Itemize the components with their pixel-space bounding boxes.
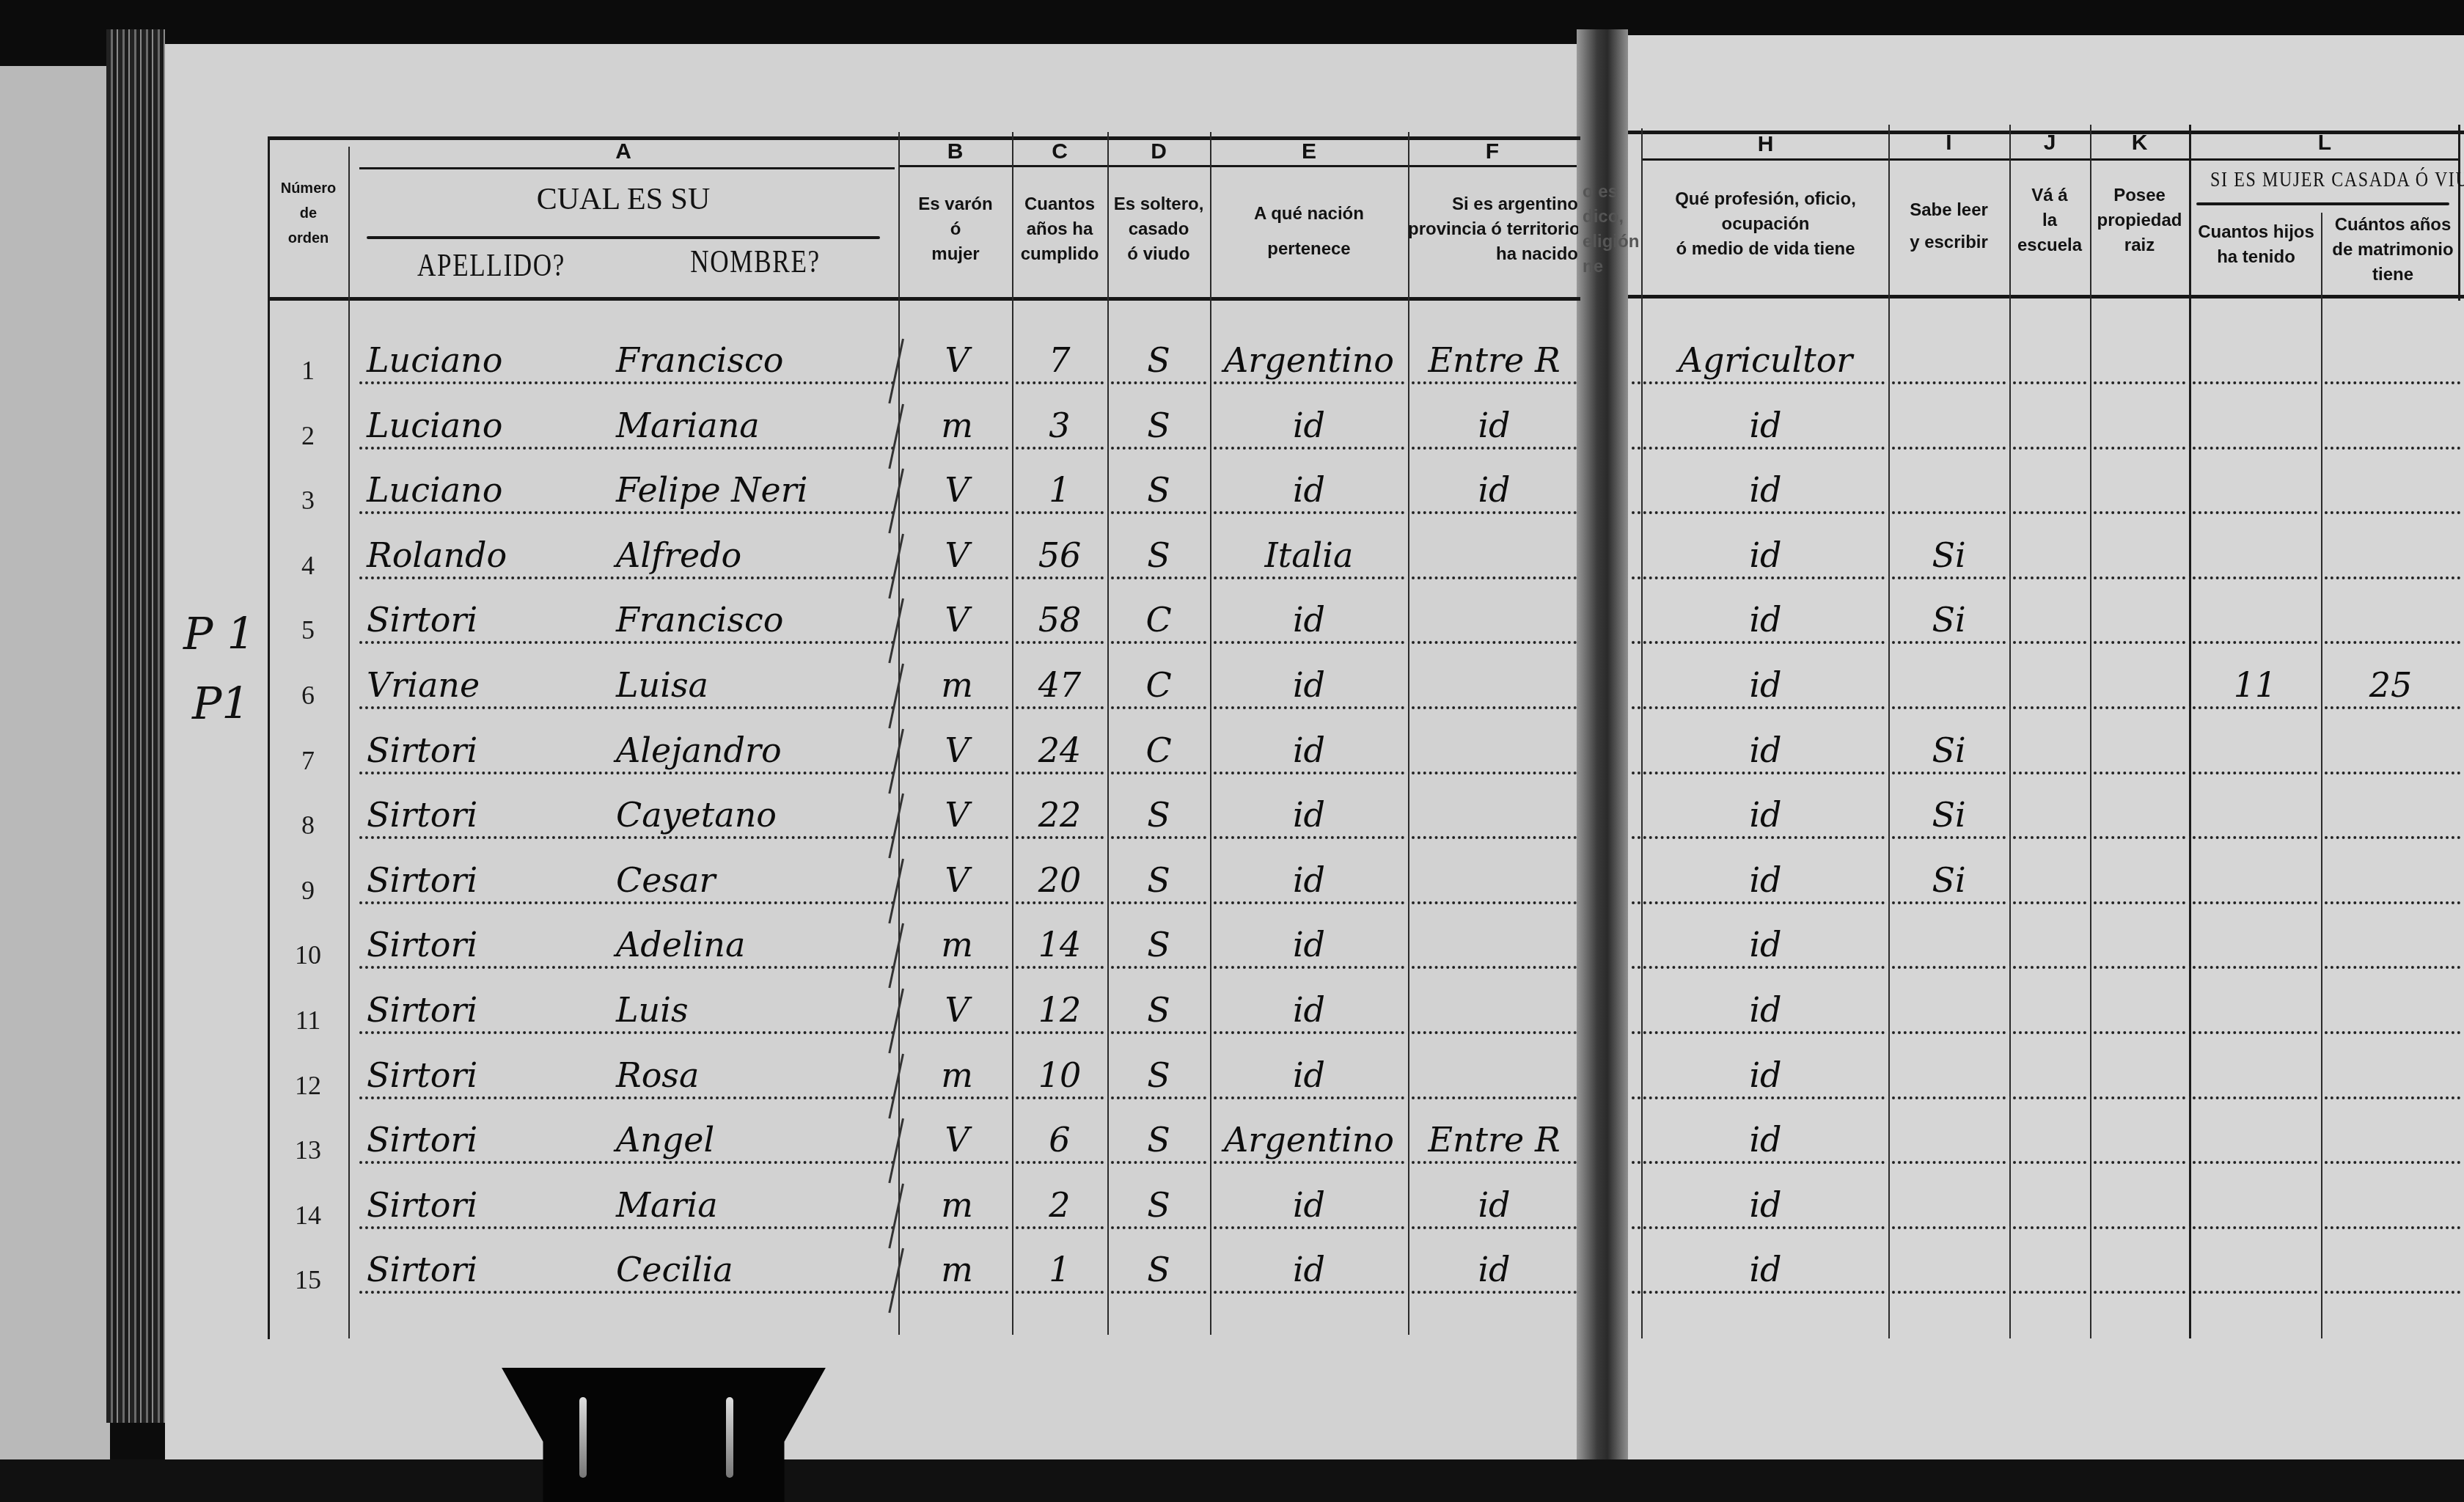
cell-apellido: Sirtori <box>367 795 609 835</box>
dotted-line <box>902 1291 1008 1294</box>
dotted-line <box>1412 447 1577 450</box>
dotted-line <box>2094 1226 2185 1229</box>
dotted-line <box>2193 836 2317 839</box>
cell-nacion: id <box>1214 600 1404 640</box>
cell-edad: 24 <box>1016 730 1104 770</box>
cell-estado: S <box>1111 406 1206 445</box>
dotted-line <box>359 966 895 969</box>
dotted-line <box>1892 966 2006 969</box>
dotted-line <box>2094 1161 2185 1164</box>
dotted-line <box>359 511 895 514</box>
cell-profesion: id <box>1646 1185 1885 1225</box>
header-line: Qué profesión, oficio, <box>1643 187 1888 212</box>
dotted-line <box>1632 966 1885 969</box>
dotted-line <box>1632 706 1885 709</box>
cell-nacion: id <box>1214 1185 1404 1225</box>
dotted-line <box>1016 772 1104 774</box>
dotted-line <box>902 511 1008 514</box>
cell-apellido: Sirtori <box>367 1185 609 1225</box>
dotted-line <box>902 1096 1008 1099</box>
header-line: dico, <box>1583 205 1640 230</box>
dotted-line <box>2193 901 2317 904</box>
dotted-line <box>2094 576 2185 579</box>
dotted-line <box>2193 1291 2317 1294</box>
row-number: 11 <box>268 1005 348 1036</box>
dotted-line <box>2013 706 2086 709</box>
dotted-line <box>1214 1161 1404 1164</box>
row-number: 7 <box>268 745 348 776</box>
dotted-line <box>1016 1031 1104 1034</box>
dotted-line <box>2013 511 2086 514</box>
row-number: 15 <box>268 1264 348 1295</box>
header-line: la <box>2009 208 2090 233</box>
dotted-line <box>2094 901 2185 904</box>
dotted-line <box>1632 1161 1885 1164</box>
dotted-line <box>902 836 1008 839</box>
ornament-rule <box>2196 202 2449 205</box>
cell-nacion: Argentino <box>1214 340 1404 380</box>
header-letter-d: D <box>1107 139 1210 164</box>
cell-nacion: id <box>1214 990 1404 1030</box>
cell-estado: S <box>1111 795 1206 835</box>
cell-sexo: m <box>906 1185 1008 1225</box>
dotted-line <box>1111 381 1206 384</box>
dotted-line <box>1632 772 1885 774</box>
dotted-line <box>2013 966 2086 969</box>
dotted-line <box>2325 1291 2460 1294</box>
dotted-line <box>1412 1096 1577 1099</box>
dotted-line <box>2013 447 2086 450</box>
cell-lee: Si <box>1892 600 2006 640</box>
cell-nacion: Argentino <box>1214 1120 1404 1160</box>
dotted-line <box>1892 576 2006 579</box>
cell-nacion: id <box>1214 665 1404 705</box>
dotted-line <box>1412 1031 1577 1034</box>
header-line: Posee <box>2090 183 2189 208</box>
header-nacion: A qué nación pertenece <box>1210 197 1408 267</box>
cell-apellido: Luciano <box>367 340 609 380</box>
cell-estado: S <box>1111 1185 1206 1225</box>
header-line: mujer <box>901 242 1011 267</box>
dotted-line <box>1892 641 2006 644</box>
dotted-line <box>1016 1096 1104 1099</box>
cell-sexo: V <box>906 1120 1008 1160</box>
dotted-line <box>1016 1161 1104 1164</box>
header-letter-j: J <box>2009 131 2090 155</box>
clamp-highlight <box>726 1397 733 1478</box>
cell-estado: S <box>1111 470 1206 510</box>
dotted-line <box>1214 447 1404 450</box>
cell-apellido: Sirtori <box>367 925 609 964</box>
dotted-line <box>359 641 895 644</box>
cell-edad: 6 <box>1016 1120 1104 1160</box>
dotted-line <box>1214 706 1404 709</box>
dotted-line <box>1111 772 1206 774</box>
dotted-line <box>1111 1291 1206 1294</box>
cell-sexo: m <box>906 665 1008 705</box>
dotted-line <box>2325 772 2460 774</box>
header-line: eligión <box>1583 230 1640 254</box>
cell-sexo: m <box>906 1055 1008 1095</box>
dotted-line <box>2013 1161 2086 1164</box>
cell-nacion: id <box>1214 730 1404 770</box>
row-number: 14 <box>268 1200 348 1231</box>
cell-sexo: V <box>906 340 1008 380</box>
cell-estado: S <box>1111 860 1206 900</box>
cell-apellido: Sirtori <box>367 860 609 900</box>
dotted-line <box>359 1096 895 1099</box>
row-number: 4 <box>268 550 348 581</box>
dotted-line <box>1016 1226 1104 1229</box>
dotted-line <box>1412 706 1577 709</box>
dotted-line <box>1214 1031 1404 1034</box>
cell-nombre: Maria <box>616 1185 887 1225</box>
dotted-line <box>1111 966 1206 969</box>
cell-nombre: Cesar <box>616 860 887 900</box>
page-edges <box>106 29 165 1423</box>
dotted-line <box>1892 706 2006 709</box>
cell-nombre: Felipe Neri <box>616 470 887 510</box>
header-line: o es <box>1583 180 1640 205</box>
header-letter-i: I <box>1888 131 2009 155</box>
dotted-line <box>1016 901 1104 904</box>
dotted-line <box>1412 901 1577 904</box>
dotted-line <box>2325 901 2460 904</box>
dotted-line <box>2013 772 2086 774</box>
dotted-line <box>1214 576 1404 579</box>
dotted-line <box>902 966 1008 969</box>
dotted-line <box>1016 381 1104 384</box>
dotted-line <box>1111 447 1206 450</box>
dotted-line <box>1412 966 1577 969</box>
dotted-line <box>1892 901 2006 904</box>
header-line: Es varón <box>901 192 1011 217</box>
cell-sexo: m <box>906 925 1008 964</box>
header-letter-f: F <box>1408 139 1577 164</box>
cell-edad: 1 <box>1016 1250 1104 1289</box>
dotted-line <box>1892 1096 2006 1099</box>
clamp-highlight <box>579 1397 587 1478</box>
header-line: ha tenido <box>2191 245 2321 270</box>
dotted-line <box>1632 447 1885 450</box>
cell-apellido: Sirtori <box>367 1250 609 1289</box>
cell-edad: 56 <box>1016 535 1104 575</box>
dotted-line <box>2325 706 2460 709</box>
cell-apellido: Luciano <box>367 406 609 445</box>
dotted-line <box>1632 381 1885 384</box>
cell-apellido: Sirtori <box>367 1055 609 1095</box>
dotted-line <box>1632 1226 1885 1229</box>
book-clamp <box>491 1368 836 1502</box>
column-rule <box>2009 125 2011 1338</box>
cell-nombre: Francisco <box>616 340 887 380</box>
column-rule <box>2189 125 2191 1338</box>
cell-provincia: id <box>1412 1185 1577 1225</box>
cell-apellido: Luciano <box>367 470 609 510</box>
cell-edad: 14 <box>1016 925 1104 964</box>
cell-profesion: id <box>1646 990 1885 1030</box>
dotted-line <box>1632 1031 1885 1034</box>
cell-profesion: id <box>1646 600 1885 640</box>
cell-nacion: id <box>1214 1055 1404 1095</box>
dotted-line <box>1892 836 2006 839</box>
header-line: casado <box>1107 217 1210 242</box>
cell-sexo: V <box>906 990 1008 1030</box>
cell-lee: Si <box>1892 860 2006 900</box>
header-line: de matrimonio <box>2323 238 2463 263</box>
dotted-line <box>1111 576 1206 579</box>
dotted-line <box>1412 1226 1577 1229</box>
margin-note: P1 <box>192 678 250 730</box>
header-line: Es soltero, <box>1107 192 1210 217</box>
dotted-line <box>1214 381 1404 384</box>
letter-rule <box>1643 158 2460 161</box>
cell-profesion: id <box>1646 406 1885 445</box>
cell-nacion: id <box>1214 795 1404 835</box>
cell-profesion: id <box>1646 795 1885 835</box>
cell-profesion: id <box>1646 470 1885 510</box>
header-letter-k: K <box>2090 131 2189 155</box>
dotted-line <box>1111 1031 1206 1034</box>
dotted-line <box>359 381 895 384</box>
dotted-line <box>2094 1031 2185 1034</box>
cell-estado: C <box>1111 730 1206 770</box>
cell-nombre: Rosa <box>616 1055 887 1095</box>
cell-nacion: id <box>1214 1250 1404 1289</box>
header-anos-matrimonio: Cuántos años de matrimonio tiene <box>2323 213 2463 287</box>
cell-lee: Si <box>1892 795 2006 835</box>
cell-edad: 1 <box>1016 470 1104 510</box>
row-number: 12 <box>268 1070 348 1101</box>
dotted-line <box>1892 1291 2006 1294</box>
dotted-line <box>1632 576 1885 579</box>
header-sexo: Es varón ó mujer <box>901 192 1011 267</box>
cell-apellido: Sirtori <box>367 730 609 770</box>
dotted-line <box>2193 447 2317 450</box>
cell-lee: Si <box>1892 535 2006 575</box>
cell-lee: Si <box>1892 730 2006 770</box>
header-line: ocupación <box>1643 212 1888 237</box>
dotted-line <box>2013 641 2086 644</box>
dotted-line <box>1016 836 1104 839</box>
cell-nacion: id <box>1214 470 1404 510</box>
cell-provincia: id <box>1412 470 1577 510</box>
column-rule <box>1210 132 1211 1335</box>
dotted-line <box>1214 1096 1404 1099</box>
column-rule <box>348 147 350 1338</box>
dotted-line <box>2193 706 2317 709</box>
cell-apellido: Sirtori <box>367 600 609 640</box>
header-line: provincia ó territorio <box>1408 217 1578 242</box>
dotted-line <box>902 1226 1008 1229</box>
row-number: 8 <box>268 810 348 840</box>
dotted-line <box>1632 641 1885 644</box>
dotted-line <box>2325 1226 2460 1229</box>
dotted-line <box>2193 511 2317 514</box>
cell-edad: 20 <box>1016 860 1104 900</box>
dotted-line <box>2325 966 2460 969</box>
dotted-line <box>2193 381 2317 384</box>
dotted-line <box>1111 706 1206 709</box>
dotted-line <box>2325 836 2460 839</box>
dotted-line <box>2325 1161 2460 1164</box>
cell-estado: S <box>1111 535 1206 575</box>
dotted-line <box>2094 1096 2185 1099</box>
dotted-line <box>2013 901 2086 904</box>
dotted-line <box>1892 1031 2006 1034</box>
header-line: pertenece <box>1210 232 1408 267</box>
dotted-line <box>2193 772 2317 774</box>
dotted-line <box>1632 836 1885 839</box>
header-line: Cuántos años <box>2323 213 2463 238</box>
header-line: Número <box>270 176 347 201</box>
header-mujer-casada: SI ES MUJER CASADA Ó VIUDA <box>2210 167 2439 192</box>
dotted-line <box>2013 381 2086 384</box>
dotted-line <box>1412 641 1577 644</box>
dotted-line <box>2013 576 2086 579</box>
dotted-line <box>1632 1096 1885 1099</box>
dotted-line <box>1214 772 1404 774</box>
header-line: ha nacido <box>1408 242 1578 267</box>
header-line: Cuantos <box>1012 192 1107 217</box>
dotted-line <box>1111 836 1206 839</box>
dotted-line <box>1111 1226 1206 1229</box>
header-letter-c: C <box>1012 139 1107 164</box>
cell-nombre: Luisa <box>616 665 887 705</box>
cell-apellido: Sirtori <box>367 990 609 1030</box>
header-line: raiz <box>2090 233 2189 258</box>
dotted-line <box>1892 772 2006 774</box>
dotted-line <box>1016 447 1104 450</box>
header-apellido: APELLIDO? <box>403 253 579 278</box>
dotted-line <box>902 772 1008 774</box>
dotted-line <box>1412 772 1577 774</box>
cell-nacion: id <box>1214 925 1404 964</box>
dotted-line <box>2325 576 2460 579</box>
dotted-line <box>1214 1291 1404 1294</box>
dotted-line <box>1412 1161 1577 1164</box>
cell-profesion: id <box>1646 860 1885 900</box>
column-rule <box>2090 125 2091 1338</box>
dotted-line <box>2193 966 2317 969</box>
dotted-line <box>359 1161 895 1164</box>
header-bottom-rule <box>1628 295 2464 298</box>
cell-edad: 10 <box>1016 1055 1104 1095</box>
row-number: 13 <box>268 1135 348 1165</box>
header-line: ó <box>901 217 1011 242</box>
header-line: de <box>270 201 347 226</box>
dotted-line <box>359 836 895 839</box>
dotted-line <box>2013 1096 2086 1099</box>
dotted-line <box>902 447 1008 450</box>
cell-edad: 47 <box>1016 665 1104 705</box>
dotted-line <box>1111 901 1206 904</box>
bottom-shadow <box>0 1459 2464 1502</box>
cell-provincia: Entre R <box>1412 1120 1577 1160</box>
dotted-line <box>2094 706 2185 709</box>
column-rule <box>2321 213 2322 1338</box>
cell-profesion: id <box>1646 1120 1885 1160</box>
dotted-line <box>2094 836 2185 839</box>
cell-sexo: V <box>906 470 1008 510</box>
column-rule <box>1641 128 1643 1338</box>
cell-nacion: Italia <box>1214 535 1404 575</box>
cell-sexo: V <box>906 795 1008 835</box>
cell-nacion: id <box>1214 406 1404 445</box>
header-line: A qué nación <box>1210 197 1408 232</box>
row-number: 1 <box>268 355 348 386</box>
dotted-line <box>1632 511 1885 514</box>
header-column-g: o es dico, eligión ne <box>1583 180 1640 279</box>
dotted-line <box>2193 1031 2317 1034</box>
dotted-line <box>2094 1291 2185 1294</box>
header-line: ne <box>1583 254 1640 279</box>
cell-sexo: V <box>906 730 1008 770</box>
dotted-line <box>1214 966 1404 969</box>
column-rule <box>1888 125 1890 1338</box>
dotted-line <box>359 1031 895 1034</box>
header-hijos: Cuantos hijos ha tenido <box>2191 220 2321 270</box>
header-letter-e: E <box>1210 139 1408 164</box>
cell-profesion: id <box>1646 1055 1885 1095</box>
header-line: y escribir <box>1888 227 2009 259</box>
dotted-line <box>2325 511 2460 514</box>
cell-provincia: Entre R <box>1412 340 1577 380</box>
row-number: 10 <box>268 939 348 970</box>
dotted-line <box>1892 1226 2006 1229</box>
cell-profesion: Agricultor <box>1646 340 1885 380</box>
cell-estado: S <box>1111 925 1206 964</box>
dotted-line <box>2094 447 2185 450</box>
cell-nombre: Adelina <box>616 925 887 964</box>
cell-estado: S <box>1111 990 1206 1030</box>
cell-edad: 3 <box>1016 406 1104 445</box>
dotted-line <box>2013 836 2086 839</box>
dotted-line <box>1111 1096 1206 1099</box>
dotted-line <box>1016 511 1104 514</box>
dotted-line <box>359 1291 895 1294</box>
row-number: 9 <box>268 875 348 906</box>
header-escuela: Vá á la escuela <box>2009 183 2090 258</box>
cell-sexo: m <box>906 406 1008 445</box>
header-line: propiedad <box>2090 208 2189 233</box>
dotted-line <box>1412 511 1577 514</box>
dotted-line <box>2325 381 2460 384</box>
cell-provincia: id <box>1412 1250 1577 1289</box>
header-estado-civil: Es soltero, casado ó viudo <box>1107 192 1210 267</box>
cell-provincia: id <box>1412 406 1577 445</box>
dotted-line <box>359 772 895 774</box>
dotted-line <box>2193 1096 2317 1099</box>
dotted-line <box>1412 836 1577 839</box>
table-surface <box>0 66 110 1502</box>
header-bottom-rule <box>268 297 1580 301</box>
dotted-line <box>2094 772 2185 774</box>
cell-sexo: V <box>906 535 1008 575</box>
cell-nombre: Luis <box>616 990 887 1030</box>
cell-edad: 7 <box>1016 340 1104 380</box>
header-line: cumplido <box>1012 242 1107 267</box>
cell-profesion: id <box>1646 665 1885 705</box>
dotted-line <box>359 1226 895 1229</box>
letter-rule <box>898 165 1577 167</box>
header-nombre: NOMBRE? <box>667 249 843 274</box>
dotted-line <box>2193 641 2317 644</box>
cell-nombre: Mariana <box>616 406 887 445</box>
cell-edad: 58 <box>1016 600 1104 640</box>
header-line: orden <box>270 226 347 251</box>
dotted-line <box>359 901 895 904</box>
